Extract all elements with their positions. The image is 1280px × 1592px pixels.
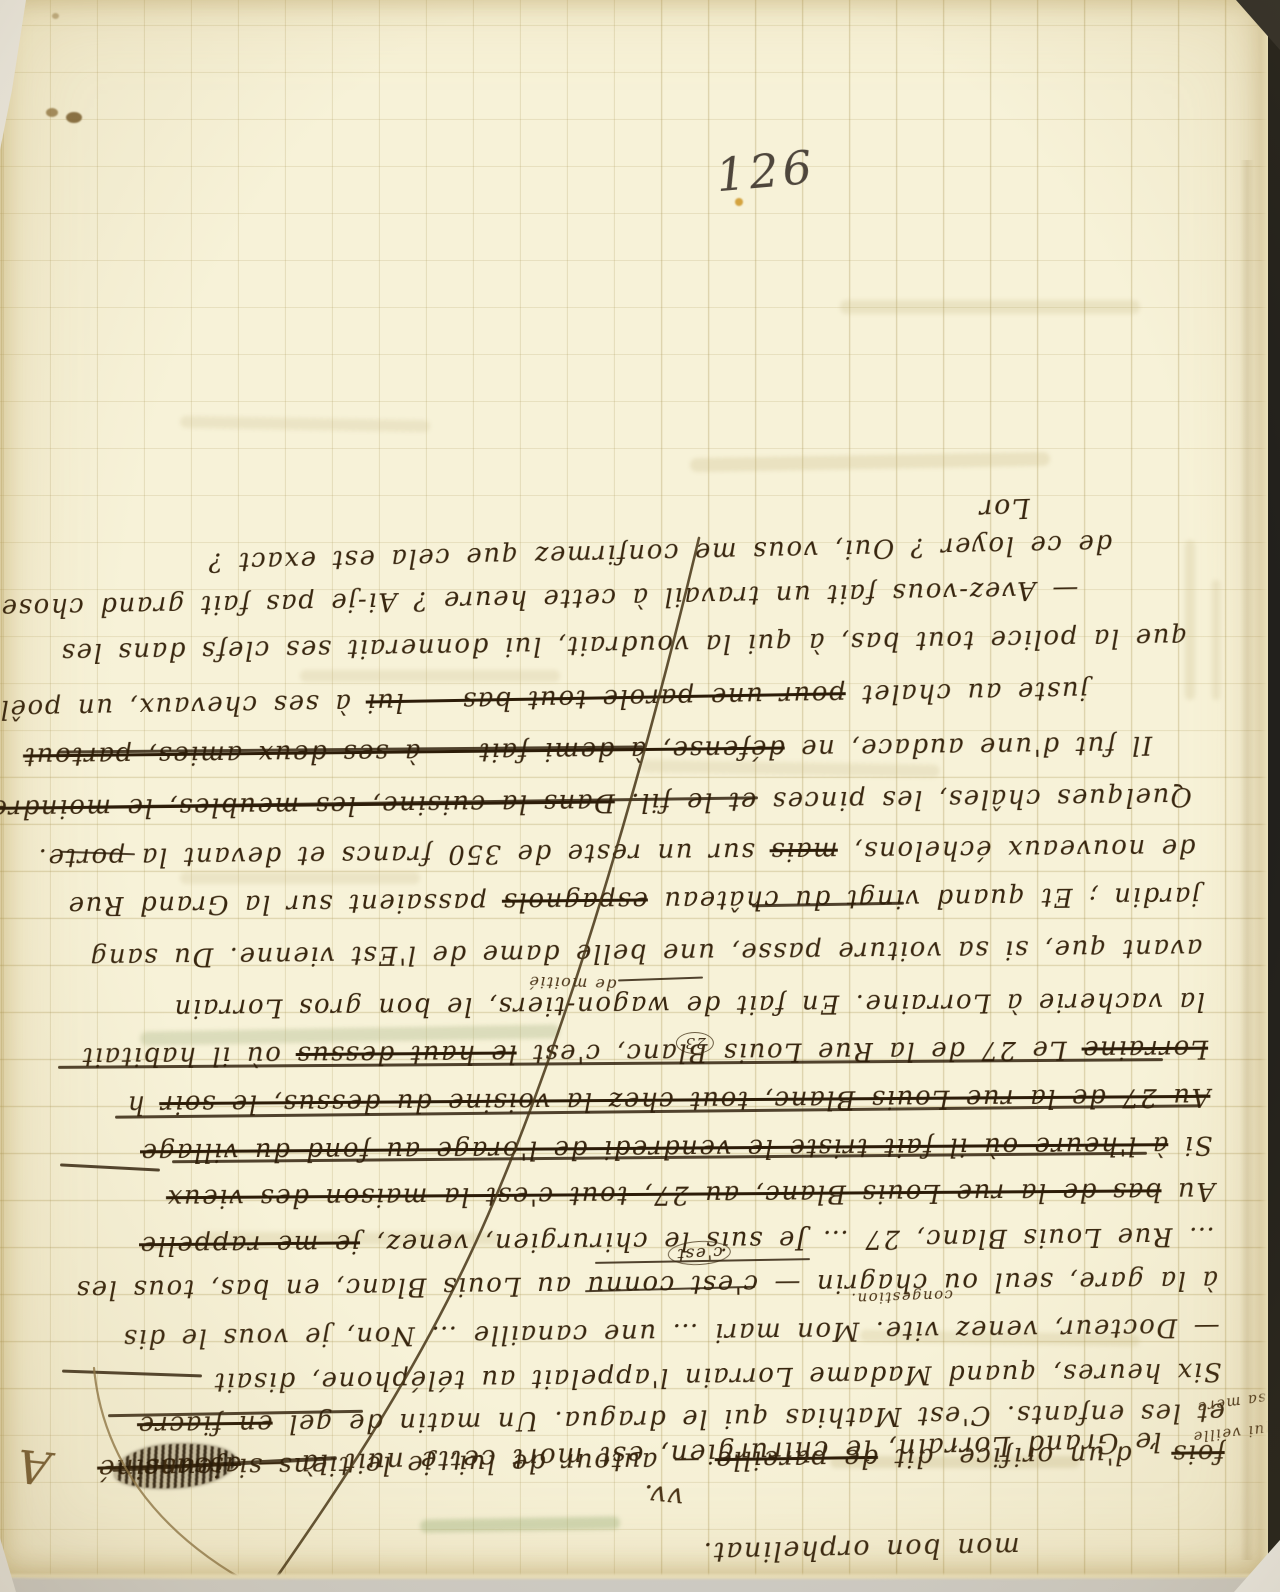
scan-vignette (0, 0, 1280, 1592)
scanned-manuscript-page: { "page": { "number": "126" }, "ink": { … (0, 0, 1280, 1592)
